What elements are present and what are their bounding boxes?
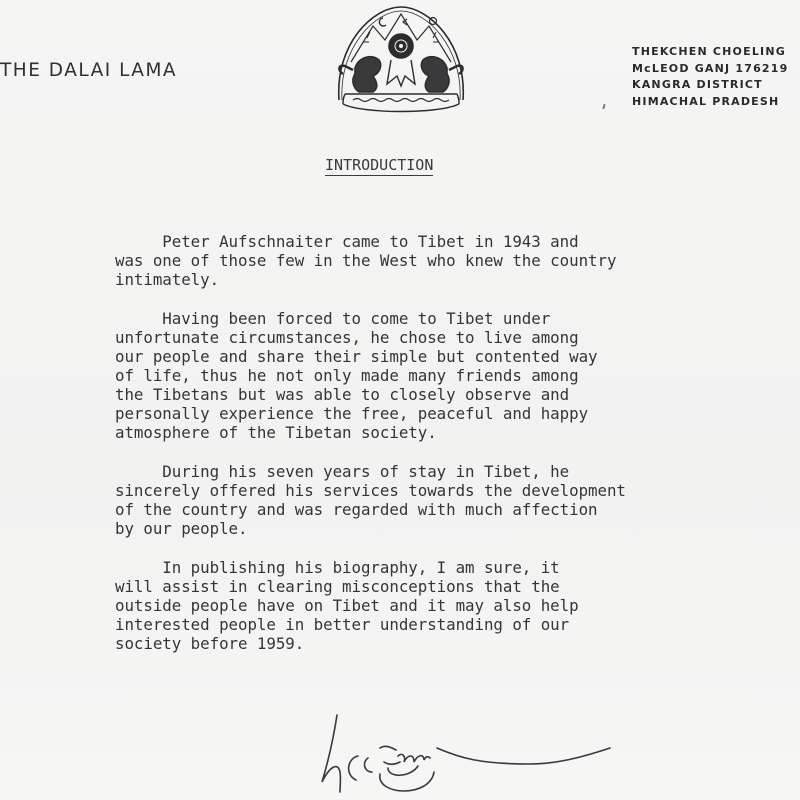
document-title: INTRODUCTION xyxy=(325,156,433,176)
sender-address: THEKCHEN CHOELING McLEOD GANJ 176219 KAN… xyxy=(632,44,789,110)
text-line: intimately. xyxy=(115,270,775,289)
signature-icon xyxy=(300,700,640,800)
address-line: KANGRA DISTRICT xyxy=(632,77,789,94)
text-line: the Tibetans but was able to closely obs… xyxy=(115,385,775,404)
snow-lion-emblem-icon xyxy=(333,4,469,116)
text-line: personally experience the free, peaceful… xyxy=(115,404,775,423)
text-line: was one of those few in the West who kne… xyxy=(115,251,775,270)
text-line: During his seven years of stay in Tibet,… xyxy=(115,462,775,481)
paragraph-2: Having been forced to come to Tibet unde… xyxy=(115,309,775,443)
sender-name: THE DALAI LAMA xyxy=(0,60,177,81)
text-line: interested people in better understandin… xyxy=(115,615,775,634)
text-line: In publishing his biography, I am sure, … xyxy=(115,558,775,577)
text-line: of life, thus he not only made many frie… xyxy=(115,366,775,385)
paragraph-3: During his seven years of stay in Tibet,… xyxy=(115,462,775,538)
text-line: outside people have on Tibet and it may … xyxy=(115,596,775,615)
letter-page: THE DALAI LAMA xyxy=(0,0,800,800)
letter-body: Peter Aufschnaiter came to Tibet in 1943… xyxy=(115,232,775,673)
text-line: Peter Aufschnaiter came to Tibet in 1943… xyxy=(115,232,775,251)
text-line: of the country and was regarded with muc… xyxy=(115,500,775,519)
text-line: will assist in clearing misconceptions t… xyxy=(115,577,775,596)
address-line: McLEOD GANJ 176219 xyxy=(632,61,789,78)
text-line: Having been forced to come to Tibet unde… xyxy=(115,309,775,328)
ink-speck xyxy=(602,104,605,109)
text-line: sincerely offered his services towards t… xyxy=(115,481,775,500)
text-line: unfortunate circumstances, he chose to l… xyxy=(115,328,775,347)
text-line: our people and share their simple but co… xyxy=(115,347,775,366)
address-line: THEKCHEN CHOELING xyxy=(632,44,789,61)
text-line: by our people. xyxy=(115,519,775,538)
text-line: atmosphere of the Tibetan society. xyxy=(115,423,775,442)
paragraph-1: Peter Aufschnaiter came to Tibet in 1943… xyxy=(115,232,775,289)
paragraph-4: In publishing his biography, I am sure, … xyxy=(115,558,775,653)
address-line: HIMACHAL PRADESH xyxy=(632,94,789,111)
text-line: society before 1959. xyxy=(115,634,775,653)
